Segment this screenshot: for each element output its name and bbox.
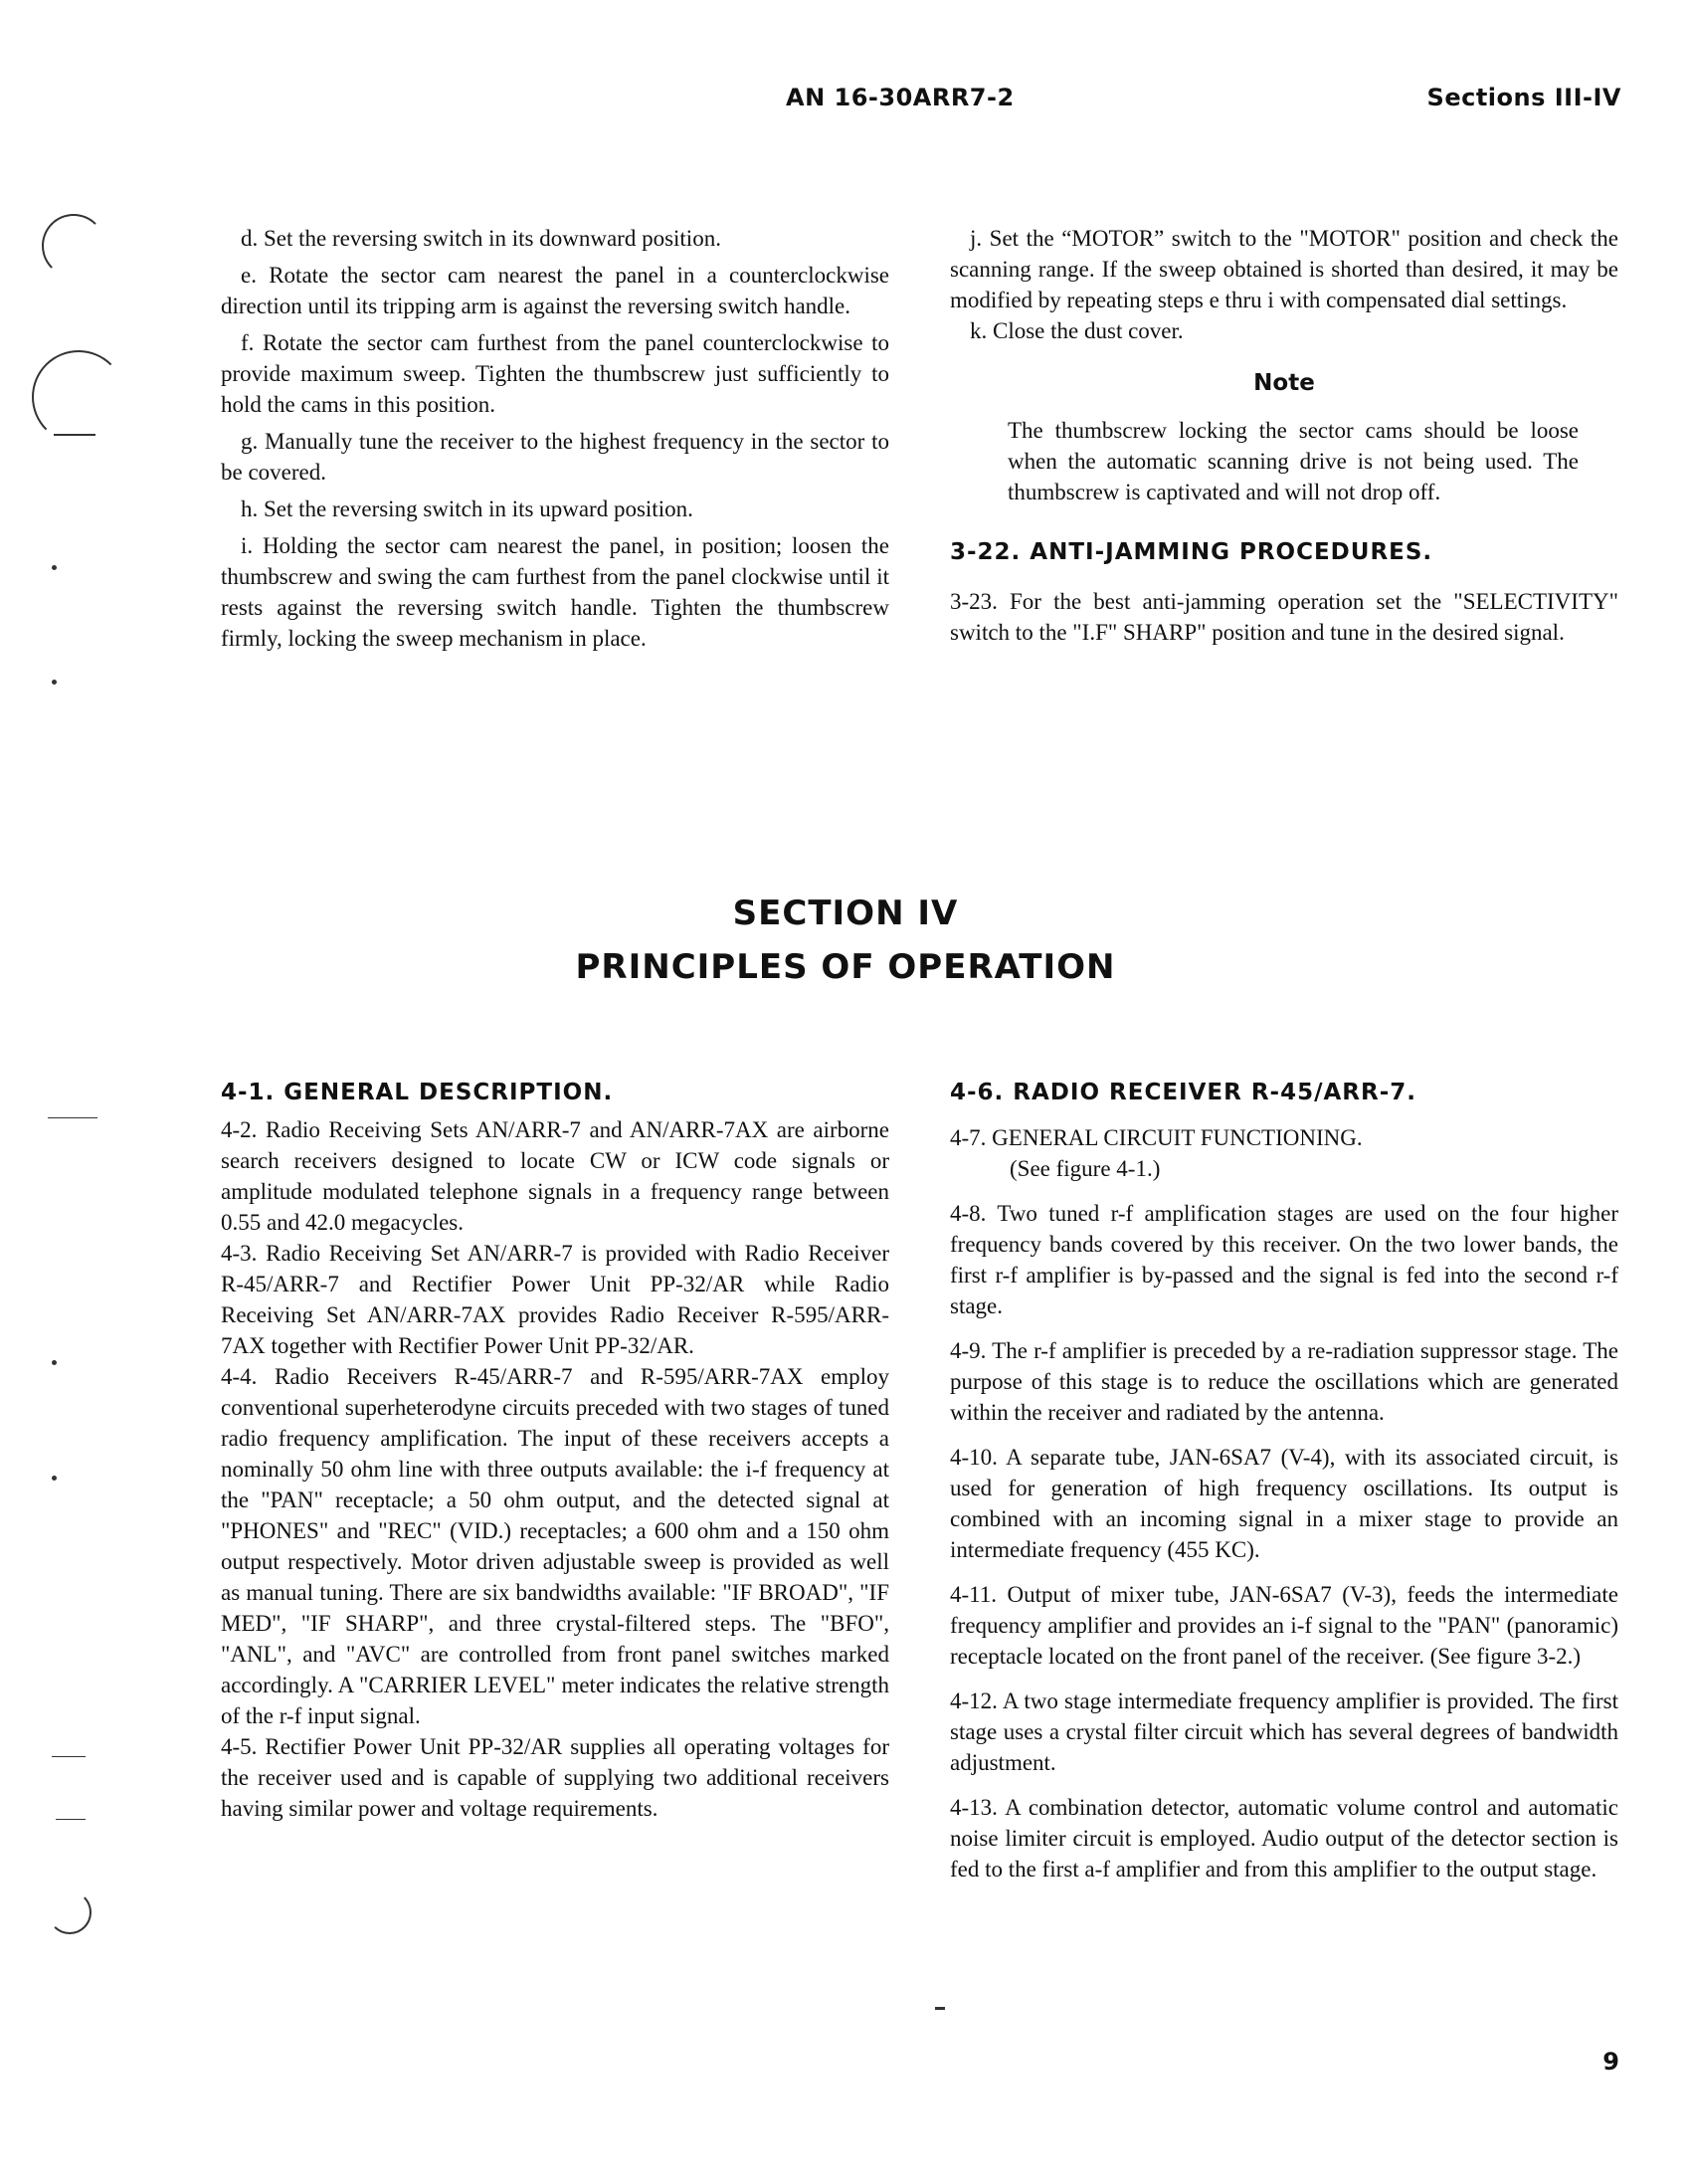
- step-e: e. Rotate the sector cam nearest the pan…: [221, 260, 889, 321]
- step-h: h. Set the reversing switch in its upwar…: [221, 494, 889, 524]
- step-j: j. Set the “MOTOR” switch to the "MOTOR"…: [950, 223, 1618, 315]
- paragraph-4-11: 4-11. Output of mixer tube, JAN-6SA7 (V-…: [950, 1579, 1618, 1672]
- scan-mark: [54, 434, 95, 436]
- paragraph-4-12: 4-12. A two stage intermediate frequency…: [950, 1686, 1618, 1778]
- subheading-4-7: 4-7. GENERAL CIRCUIT FUNCTIONING. (See f…: [950, 1122, 1618, 1184]
- paragraph-4-8: 4-8. Two tuned r-f amplification stages …: [950, 1198, 1618, 1321]
- paragraph-4-4: 4-4. Radio Receivers R-45/ARR-7 and R-59…: [221, 1361, 889, 1731]
- scan-dot: [52, 680, 57, 685]
- left-column-bottom: 4-1. GENERAL DESCRIPTION. 4-2. Radio Rec…: [221, 1078, 889, 1824]
- scan-dot: [52, 1476, 57, 1481]
- page-number: 9: [1602, 2048, 1619, 2076]
- punch-hole-mark: [42, 214, 105, 278]
- paragraph-4-10: 4-10. A separate tube, JAN-6SA7 (V-4), w…: [950, 1442, 1618, 1565]
- section-number: SECTION IV: [0, 893, 1691, 933]
- paragraph-4-2: 4-2. Radio Receiving Sets AN/ARR-7 and A…: [221, 1114, 889, 1238]
- paragraph-4-5: 4-5. Rectifier Power Unit PP-32/AR suppl…: [221, 1731, 889, 1824]
- subheading-4-7-title: 4-7. GENERAL CIRCUIT FUNCTIONING.: [950, 1125, 1363, 1150]
- heading-4-1: 4-1. GENERAL DESCRIPTION.: [221, 1078, 889, 1108]
- scan-dot: [52, 1360, 57, 1365]
- document-number: AN 16-30ARR7-2: [786, 84, 1015, 111]
- paragraph-4-9: 4-9. The r-f amplifier is preceded by a …: [950, 1335, 1618, 1428]
- heading-4-6: 4-6. RADIO RECEIVER R-45/ARR-7.: [950, 1078, 1618, 1108]
- scan-mark: [935, 2007, 945, 2010]
- paragraph-4-3: 4-3. Radio Receiving Set AN/ARR-7 is pro…: [221, 1238, 889, 1361]
- paragraph-4-13: 4-13. A combination detector, automatic …: [950, 1792, 1618, 1885]
- sections-label: Sections III-IV: [1427, 84, 1621, 111]
- heading-3-22: 3-22. ANTI-JAMMING PROCEDURES.: [950, 537, 1618, 568]
- right-column-top: j. Set the “MOTOR” switch to the "MOTOR"…: [950, 223, 1618, 648]
- punch-hole-mark: [48, 1890, 92, 1934]
- scan-mark: [48, 1117, 97, 1118]
- note-body: The thumbscrew locking the sector cams s…: [1008, 415, 1579, 507]
- scan-mark: [52, 1756, 86, 1757]
- note-title: Note: [950, 368, 1618, 399]
- section-title: PRINCIPLES OF OPERATION: [0, 947, 1691, 987]
- step-k: k. Close the dust cover.: [950, 315, 1618, 346]
- scan-mark: [56, 1819, 86, 1820]
- step-d: d. Set the reversing switch in its downw…: [221, 223, 889, 254]
- scan-dot: [52, 565, 57, 570]
- step-f: f. Rotate the sector cam furthest from t…: [221, 327, 889, 420]
- left-column-top: d. Set the reversing switch in its downw…: [221, 223, 889, 654]
- right-column-bottom: 4-6. RADIO RECEIVER R-45/ARR-7. 4-7. GEN…: [950, 1078, 1618, 1885]
- subheading-4-7-figure-ref: (See figure 4-1.): [950, 1153, 1618, 1184]
- step-i: i. Holding the sector cam nearest the pa…: [221, 530, 889, 654]
- punch-hole-mark: [32, 350, 125, 444]
- paragraph-3-23: 3-23. For the best anti-jamming operatio…: [950, 586, 1618, 648]
- step-g: g. Manually tune the receiver to the hig…: [221, 426, 889, 488]
